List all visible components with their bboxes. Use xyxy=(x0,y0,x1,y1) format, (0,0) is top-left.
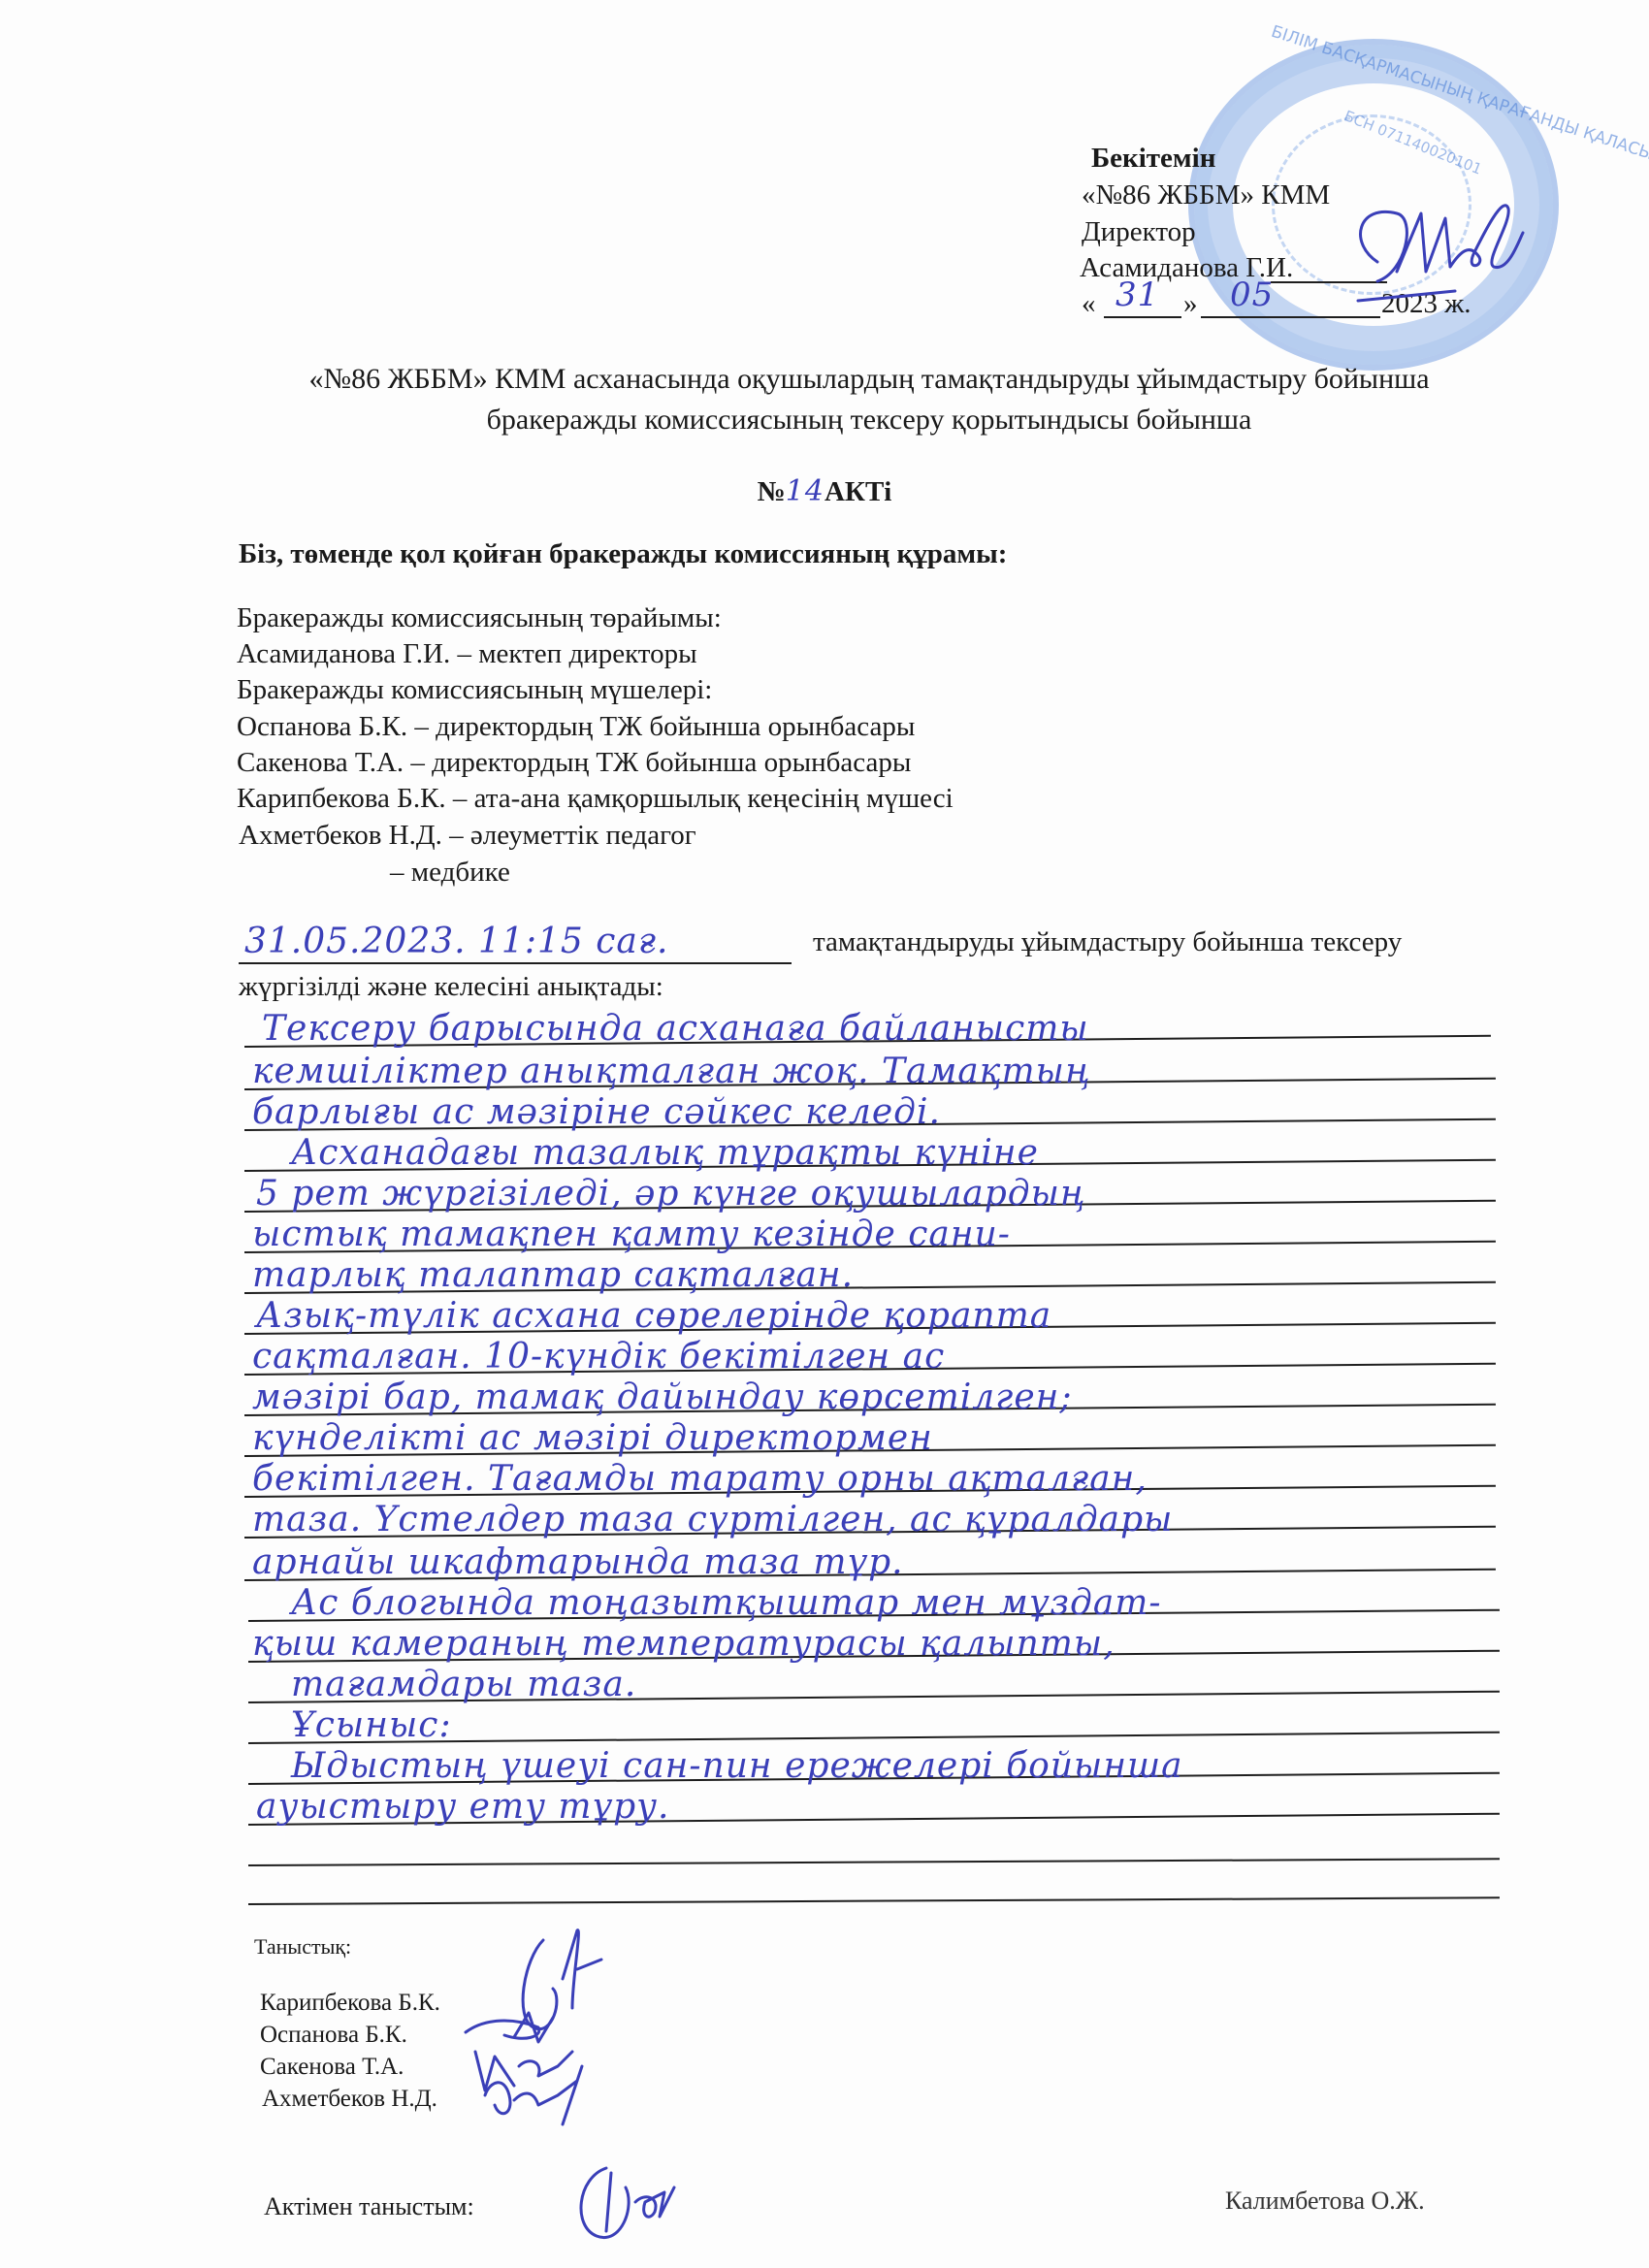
member-item: Сакенова Т.А. – директордың ТЖ бойынша о… xyxy=(237,744,911,781)
composition-heading: Біз, төменде қол қойған бракеражды комис… xyxy=(239,535,1007,572)
finding-line: кемшіліктер анықталған жоқ. Тамақтың xyxy=(252,1052,1091,1091)
finding-line: Тексеру барысында асханаға байланысты xyxy=(262,1009,1089,1049)
final-ack-name: Калимбетова О.Ж. xyxy=(1225,2183,1425,2219)
approval-date-month: 05 xyxy=(1230,275,1274,314)
datetime-line xyxy=(239,962,792,964)
approval-date-day: 31 xyxy=(1115,275,1159,314)
finding-line: Азық-түлік асхана сөрелерінде қорапта xyxy=(256,1296,1051,1336)
final-ack-label: Актімен таныстым: xyxy=(264,2188,474,2225)
finding-line: сақталған. 10-күндік бекітілген ас xyxy=(252,1337,945,1377)
approval-position: Директор xyxy=(1082,213,1196,250)
approval-date-close: » xyxy=(1183,285,1198,322)
ruled-line xyxy=(248,1896,1500,1905)
inspection-intro-line2: жүргізілді және келесіні анықтады: xyxy=(239,968,663,1005)
recommendation-line: Ыдыстың үшеуі сан-пин ережелері бойынша xyxy=(291,1746,1183,1786)
finding-line: таза. Үстелдер таза сүртілген, ас құралд… xyxy=(252,1500,1174,1539)
chair-title: Бракеражды комиссиясының төрайымы: xyxy=(237,599,722,636)
member-item: Карипбекова Б.К. – ата-ана қамқоршылық к… xyxy=(237,780,954,817)
approval-heading: Бекітемін xyxy=(1091,140,1215,177)
inspection-datetime: 31.05.2023. 11:15 сағ. xyxy=(244,922,668,961)
approval-org: «№86 ЖББМ» КММ xyxy=(1082,177,1330,213)
approval-date-open: « xyxy=(1082,285,1096,322)
acknowledgement-label: Таныстық: xyxy=(254,1928,351,1965)
finding-line: ыстық тамақпен қамту кезінде сани- xyxy=(252,1215,1011,1254)
inspection-intro-tail: тамақтандыруды ұйымдастыру бойынша тексе… xyxy=(813,923,1402,960)
act-number-handwritten: 14 xyxy=(786,474,824,508)
acknowledgement-signatures xyxy=(446,1921,640,2134)
members-title: Бракеражды комиссиясының мүшелері: xyxy=(237,671,712,708)
director-signature xyxy=(1339,175,1533,330)
document-title-line1: «№86 ЖББМ» КММ асханасында оқушылардың т… xyxy=(239,361,1500,398)
document-title-line2: бракеражды комиссиясының тексеру қорытын… xyxy=(239,402,1500,438)
finding-line: бекітілген. Тағамды тарату орны ақталған… xyxy=(252,1459,1148,1499)
recommendation-label: Ұсыныс: xyxy=(291,1705,452,1745)
ack-name: Ахметбеков Н.Д. xyxy=(262,2081,437,2118)
date-day-line xyxy=(1104,316,1181,318)
member-item: Ахметбеков Н.Д. – әлеуметтік педагог xyxy=(239,817,696,854)
finding-line: қыш камераның температурасы қалыпты, xyxy=(252,1624,1115,1664)
member-item: – медбике xyxy=(390,854,510,891)
finding-line: арнайы шкафтарында таза тұр. xyxy=(252,1542,904,1582)
finding-line: күнделікті ас мәзірі директормен xyxy=(252,1418,933,1458)
chair-member: Асамиданова Г.И. – мектеп директоры xyxy=(237,635,697,672)
finding-line: Асханадағы тазалық тұрақты күнiне xyxy=(291,1133,1039,1173)
finding-line: мәзірі бар, тамақ дайындау көрсетілген; xyxy=(252,1377,1072,1417)
finding-line: тағамдары таза. xyxy=(291,1665,636,1704)
act-number: №14АКТі xyxy=(0,473,1649,510)
act-suffix: АКТі xyxy=(824,476,891,507)
finding-line: барлығы ас мәзіріне сәйкес келеді. xyxy=(252,1092,941,1132)
finding-line: Ас блогында тоңазытқыштар мен мұздат- xyxy=(291,1583,1162,1623)
final-signature xyxy=(567,2149,703,2255)
act-prefix: № xyxy=(758,476,786,507)
ruled-line xyxy=(248,1858,1500,1866)
member-item: Оспанова Б.К. – директордың ТЖ бойынша о… xyxy=(237,708,915,745)
finding-line: 5 рет жүргізіледі, әр күнге оқушылардың xyxy=(256,1174,1086,1214)
recommendation-line: ауыстыру ету тұру. xyxy=(256,1787,669,1827)
finding-line: тарлық талаптар сақталған. xyxy=(252,1255,854,1295)
